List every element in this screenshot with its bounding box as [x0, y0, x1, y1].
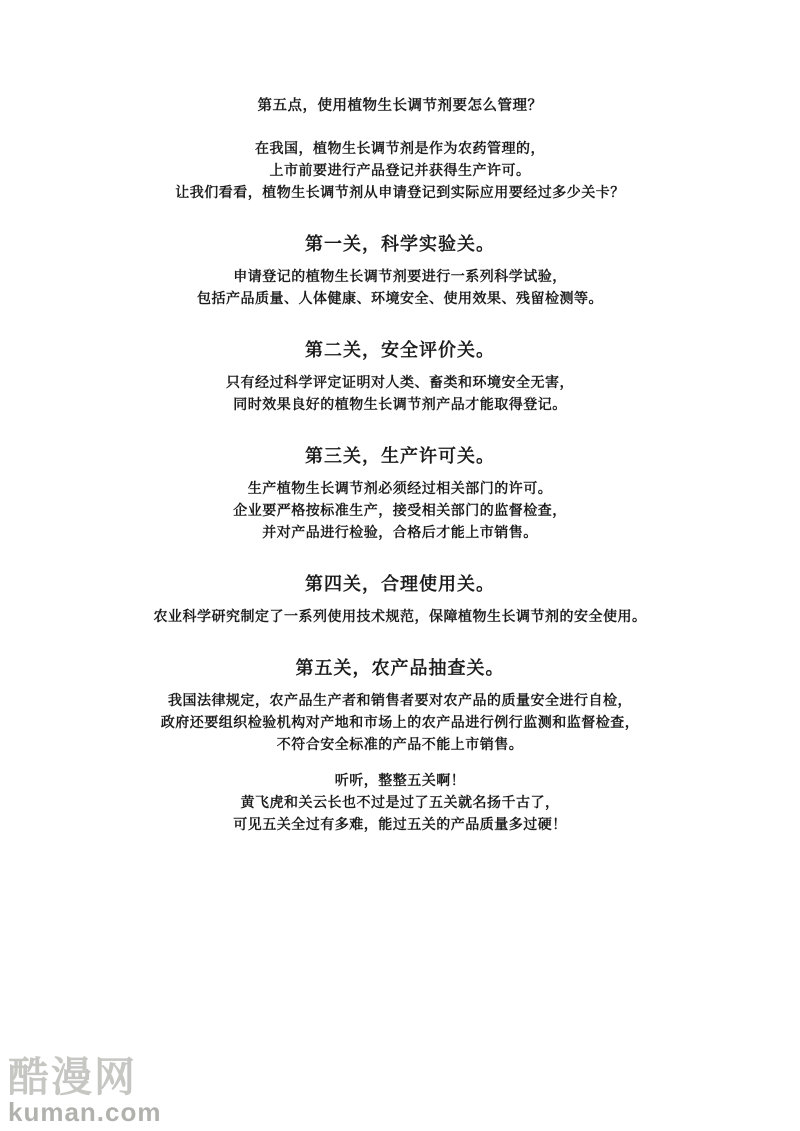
- intro-line: 在我国，植物生长调节剂是作为农药管理的，: [0, 137, 800, 159]
- section-body: 生产植物生长调节剂必须经过相关部门的许可。 企业要严格按标准生产，接受相关部门的…: [0, 477, 800, 543]
- section-gate-4: 第四关，合理使用关。 农业科学研究制定了一系列使用技术规范，保障植物生长调节剂的…: [0, 571, 800, 627]
- section-heading: 第二关，安全评价关。: [0, 337, 800, 363]
- body-line: 申请登记的植物生长调节剂要进行一系列科学试验，: [0, 265, 800, 287]
- section-gate-5: 第五关，农产品抽查关。 我国法律规定，农产品生产者和销售者要对农产品的质量安全进…: [0, 655, 800, 755]
- body-line: 只有经过科学评定证明对人类、畜类和环境安全无害，: [0, 371, 800, 393]
- kuman-logo-text: 酷漫网: [8, 1056, 162, 1099]
- document-page: 第五点，使用植物生长调节剂要怎么管理？ 在我国，植物生长调节剂是作为农药管理的，…: [0, 0, 800, 1131]
- section-gate-2: 第二关，安全评价关。 只有经过科学评定证明对人类、畜类和环境安全无害， 同时效果…: [0, 337, 800, 415]
- page-title: 第五点，使用植物生长调节剂要怎么管理？: [0, 0, 800, 116]
- intro-line: 上市前要进行产品登记并获得生产许可。: [0, 159, 800, 181]
- closing-line: 可见五关全过有多难，能过五关的产品质量多过硬！: [0, 813, 800, 835]
- body-line: 不符合安全标准的产品不能上市销售。: [0, 733, 800, 755]
- section-heading: 第五关，农产品抽查关。: [0, 655, 800, 681]
- body-line: 并对产品进行检验，合格后才能上市销售。: [0, 521, 800, 543]
- section-gate-3: 第三关，生产许可关。 生产植物生长调节剂必须经过相关部门的许可。 企业要严格按标…: [0, 443, 800, 543]
- section-gate-1: 第一关，科学实验关。 申请登记的植物生长调节剂要进行一系列科学试验， 包括产品质…: [0, 231, 800, 309]
- kuman-watermark: 酷漫网 kuman.com: [8, 1056, 162, 1125]
- section-heading: 第一关，科学实验关。: [0, 231, 800, 257]
- body-line: 企业要严格按标准生产，接受相关部门的监督检查，: [0, 499, 800, 521]
- section-heading: 第四关，合理使用关。: [0, 571, 800, 597]
- section-body: 只有经过科学评定证明对人类、畜类和环境安全无害， 同时效果良好的植物生长调节剂产…: [0, 371, 800, 415]
- body-line: 我国法律规定，农产品生产者和销售者要对农产品的质量安全进行自检，: [0, 689, 800, 711]
- section-body: 我国法律规定，农产品生产者和销售者要对农产品的质量安全进行自检， 政府还要组织检…: [0, 689, 800, 755]
- body-line: 生产植物生长调节剂必须经过相关部门的许可。: [0, 477, 800, 499]
- body-line: 政府还要组织检验机构对产地和市场上的农产品进行例行监测和监督检查，: [0, 711, 800, 733]
- closing-paragraph: 听听，整整五关啊！ 黄飞虎和关云长也不过是过了五关就名扬千古了， 可见五关全过有…: [0, 769, 800, 835]
- section-heading: 第三关，生产许可关。: [0, 443, 800, 469]
- closing-line: 黄飞虎和关云长也不过是过了五关就名扬千古了，: [0, 791, 800, 813]
- intro-paragraph: 在我国，植物生长调节剂是作为农药管理的， 上市前要进行产品登记并获得生产许可。 …: [0, 137, 800, 203]
- kuman-site-url: kuman.com: [8, 1099, 162, 1125]
- section-body: 申请登记的植物生长调节剂要进行一系列科学试验， 包括产品质量、人体健康、环境安全…: [0, 265, 800, 309]
- body-line: 农业科学研究制定了一系列使用技术规范，保障植物生长调节剂的安全使用。: [0, 605, 800, 627]
- body-line: 包括产品质量、人体健康、环境安全、使用效果、残留检测等。: [0, 287, 800, 309]
- section-body: 农业科学研究制定了一系列使用技术规范，保障植物生长调节剂的安全使用。: [0, 605, 800, 627]
- body-line: 同时效果良好的植物生长调节剂产品才能取得登记。: [0, 393, 800, 415]
- intro-line: 让我们看看，植物生长调节剂从申请登记到实际应用要经过多少关卡？: [0, 181, 800, 203]
- closing-line: 听听，整整五关啊！: [0, 769, 800, 791]
